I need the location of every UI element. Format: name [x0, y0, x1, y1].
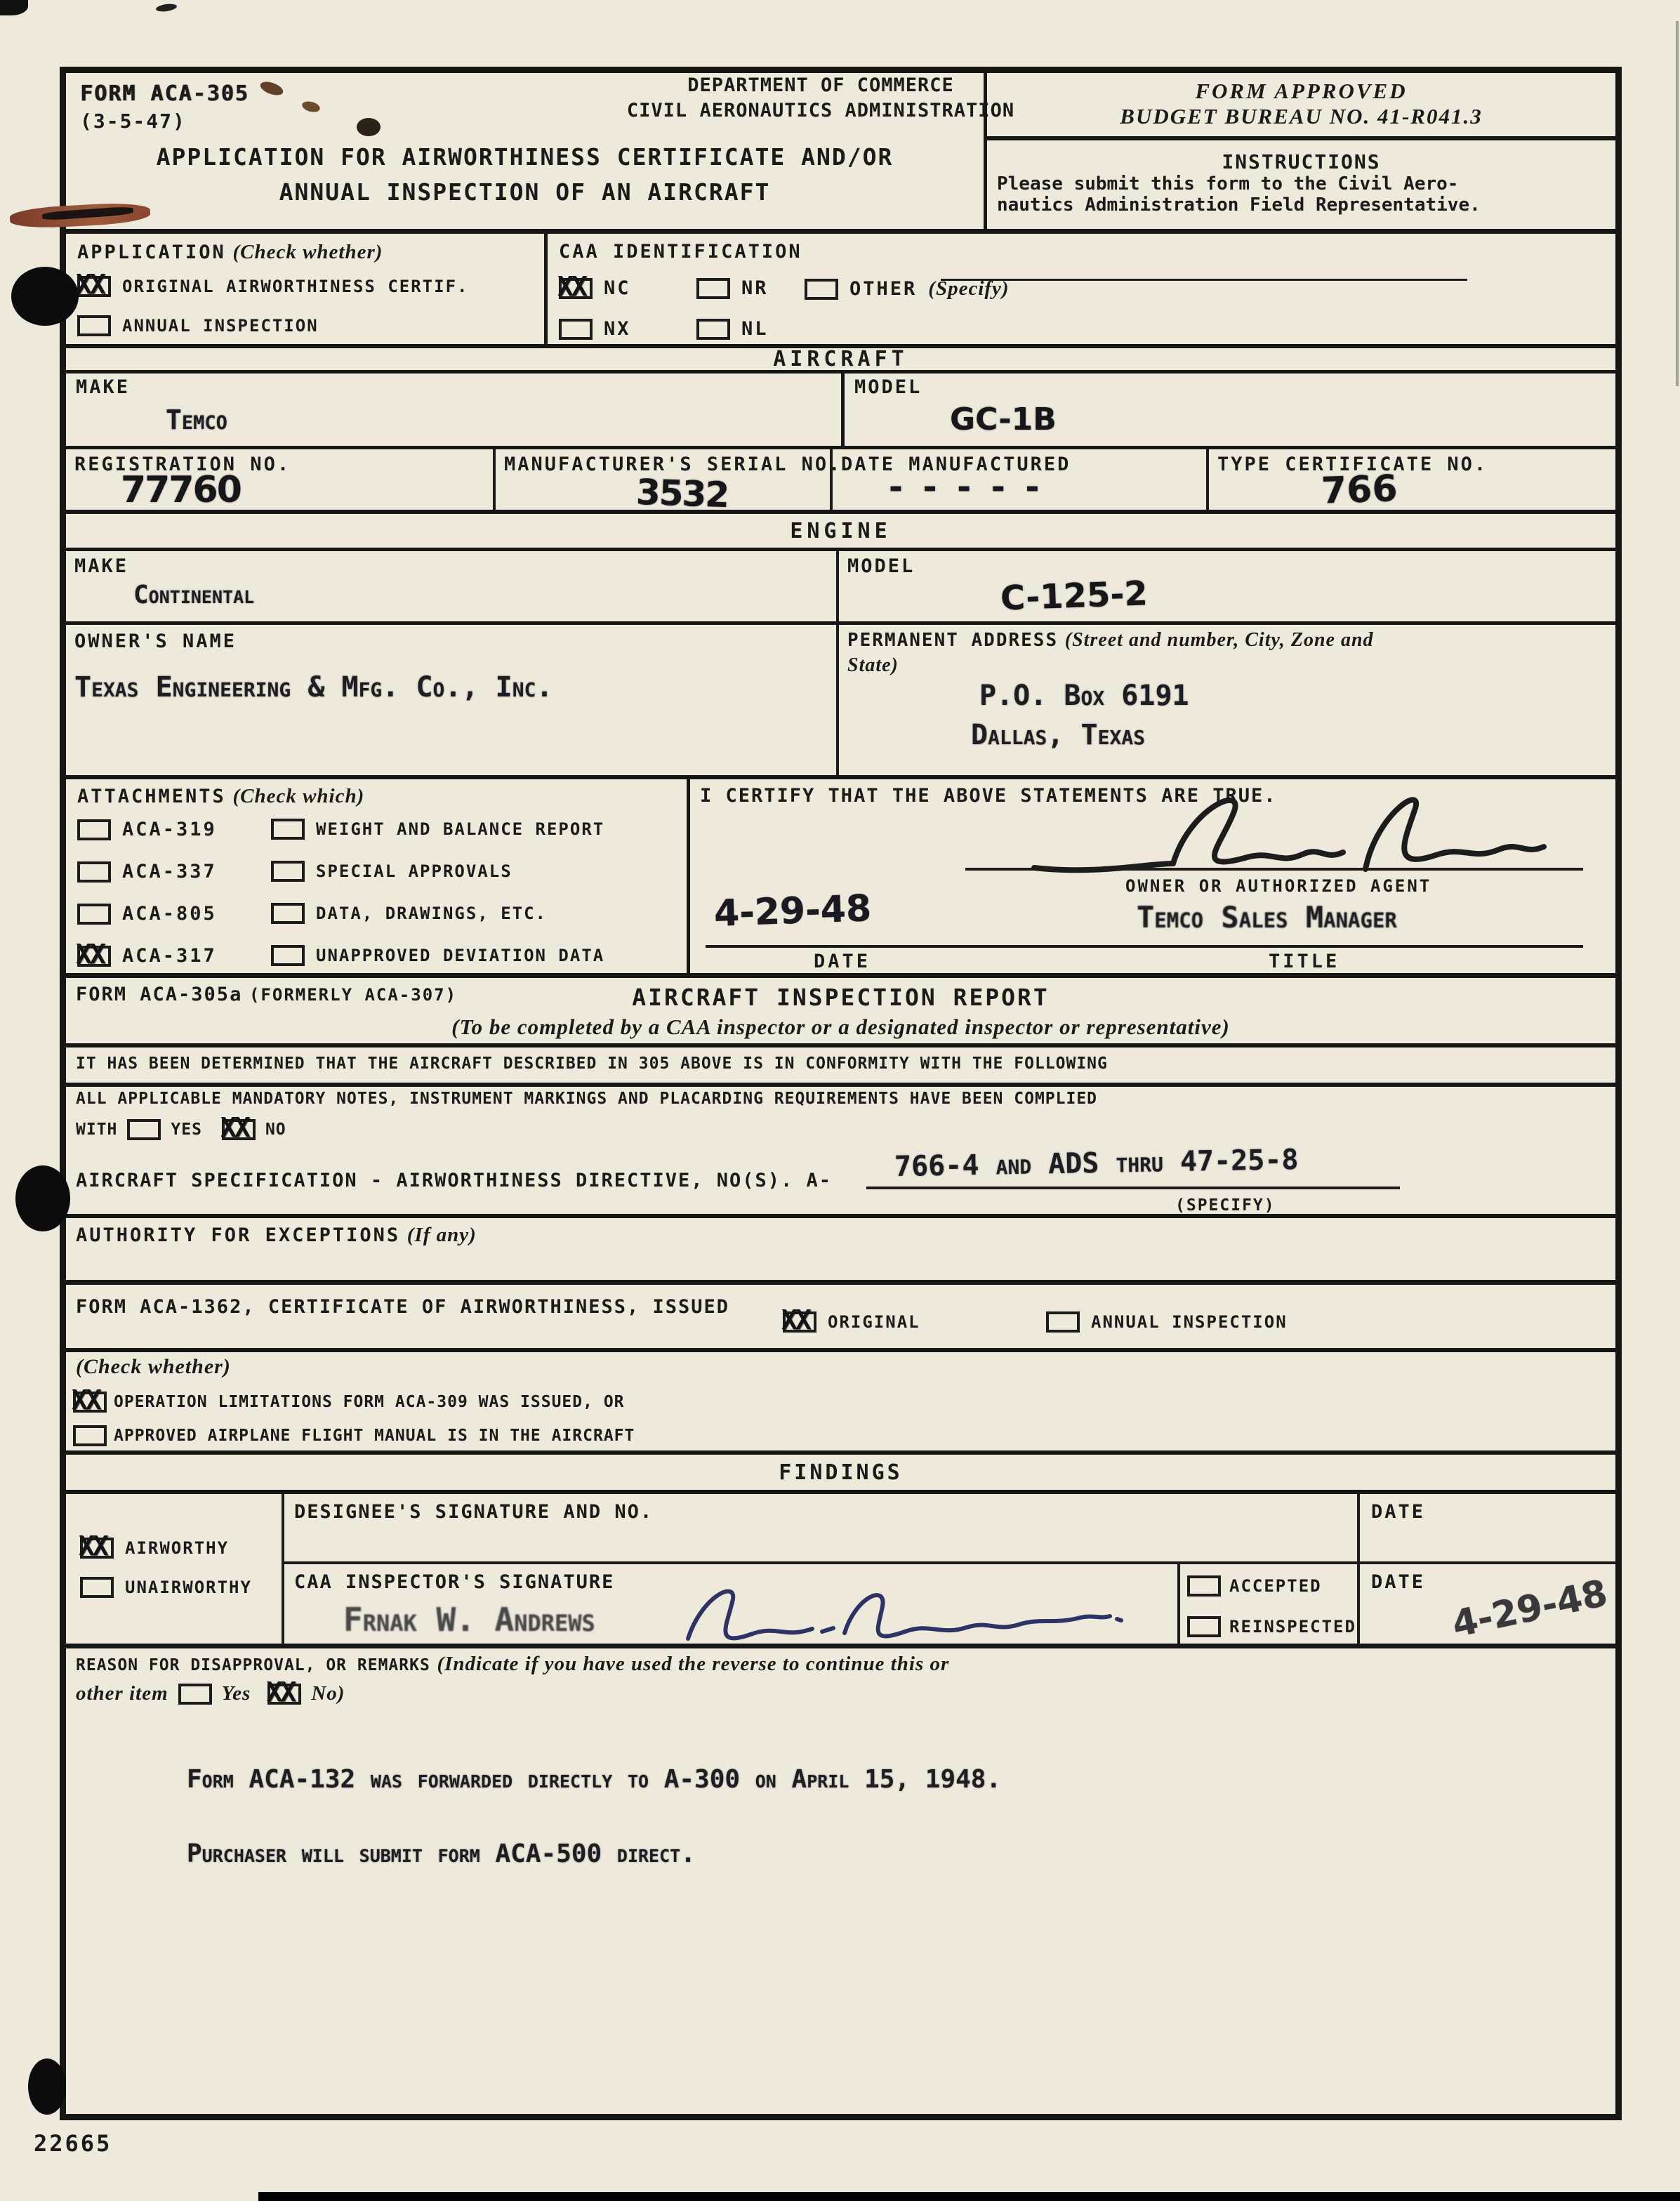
checkbox	[271, 861, 305, 882]
checkbox	[80, 1577, 114, 1598]
inspector-typed-name: Frnak W. Andrews	[343, 1601, 595, 1639]
owner-agent-caption: OWNER OR AUTHORIZED AGENT	[1125, 876, 1431, 896]
owner-signature	[1013, 786, 1575, 874]
checkbox: XX	[80, 1538, 114, 1559]
application-note: (Check whether)	[232, 241, 383, 263]
attachment-unapproved-deviation: UNAPPROVED DEVIATION DATA	[271, 945, 604, 966]
instructions-text-2: nautics Administration Field Representat…	[987, 194, 1615, 216]
checkbox	[1187, 1575, 1221, 1597]
remarks-body-line1: Form ACA-132 was forwarded directly to A…	[187, 1765, 1001, 1794]
owner-address-cell: PERMANENT ADDRESS (Street and number, Ci…	[836, 625, 1615, 775]
option-original-airworthiness: XX ORIGINAL AIRWORTHINESS CERTIF.	[77, 276, 468, 297]
engine-section-title: ENGINE	[66, 514, 1615, 551]
x-mark: XX	[781, 1304, 809, 1335]
scanned-form-page: FORM ACA-305 (3-5-47) DEPARTMENT OF COMM…	[0, 0, 1680, 2201]
hole-punch	[28, 2058, 66, 2115]
aca-1362-annual-inspection: ANNUAL INSPECTION	[1046, 1311, 1288, 1333]
attachment-weight-balance: WEIGHT AND BALANCE REPORT	[271, 819, 604, 840]
inspector-signature-cell: CAA INSPECTOR'S SIGNATURE Frnak W. Andre…	[284, 1564, 1177, 1644]
aircraft-section-title: AIRCRAFT	[66, 348, 1615, 374]
checkbox: XX	[222, 1119, 256, 1140]
aca-1362-original: XX ORIGINAL	[783, 1311, 920, 1333]
inspection-report-subtitle: (To be completed by a CAA inspector or a…	[66, 1014, 1615, 1040]
type-certificate-value: 766	[1321, 468, 1398, 513]
aircraft-make-value: Temco	[166, 404, 227, 435]
aircraft-model-cell: MODEL GC-1B	[841, 374, 1615, 446]
reinspected-option: REINSPECTED	[1187, 1616, 1356, 1637]
form-number: FORM ACA-305	[80, 81, 249, 106]
checkbox	[77, 315, 111, 336]
certify-date-label: DATE	[814, 951, 871, 972]
authority-exceptions-line: AUTHORITY FOR EXCEPTIONS (If any)	[76, 1224, 477, 1247]
page-title-line2: ANNUAL INSPECTION OF AN AIRCRAFT	[66, 178, 984, 206]
checkbox	[127, 1119, 161, 1140]
address-note: (Street and number, City, Zone and	[1065, 629, 1374, 651]
caa-identification-section: CAA IDENTIFICATION XX NC NR OTHER (Speci…	[548, 234, 1615, 344]
aircraft-make-cell: MAKE Temco	[66, 374, 841, 446]
corner-mark	[155, 3, 177, 13]
x-mark: XX	[76, 269, 104, 300]
corner-mark	[0, 0, 28, 15]
checkbox	[77, 861, 111, 883]
inspection-report-title: AIRCRAFT INSPECTION REPORT	[66, 984, 1615, 1011]
spec-directive-blank	[866, 1187, 1400, 1189]
signer-title-label: TITLE	[1269, 951, 1340, 972]
aircraft-make-label: MAKE	[76, 376, 130, 398]
form-approved-box: FORM APPROVED BUDGET BUREAU NO. 41-R041.…	[987, 73, 1615, 140]
address-label-line: PERMANENT ADDRESS (Street and number, Ci…	[847, 629, 1374, 652]
unairworthy-option: UNAIRWORTHY	[80, 1577, 252, 1598]
checkbox	[559, 319, 593, 340]
serial-value: 3532	[635, 472, 729, 516]
caa-identification-label: CAA IDENTIFICATION	[559, 241, 802, 263]
designee-date-label: DATE	[1371, 1501, 1425, 1523]
signer-title-line	[965, 945, 1583, 948]
determination-statement: IT HAS BEEN DETERMINED THAT THE AIRCRAFT…	[76, 1055, 1108, 1073]
attachment-data-drawings: DATA, DRAWINGS, ETC.	[271, 903, 547, 924]
spec-directive-value: 766-4 and ADS thru 47-25-8	[894, 1144, 1299, 1183]
engine-model-cell: MODEL C-125-2	[836, 551, 1615, 621]
compliance-yes-no: WITH YES XX NO	[76, 1119, 286, 1140]
remarks-body-line2: Purchaser will submit form ACA-500 direc…	[187, 1839, 696, 1868]
checkbox	[696, 319, 730, 340]
remarks-section: REASON FOR DISAPPROVAL, OR REMARKS (Indi…	[66, 1648, 1615, 2114]
checkbox: XX	[73, 1392, 107, 1413]
instructions-text-1: Please submit this form to the Civil Aer…	[987, 173, 1615, 194]
compliance-statement-line1: ALL APPLICABLE MANDATORY NOTES, INSTRUME…	[76, 1090, 1097, 1108]
x-mark: XX	[79, 1531, 107, 1561]
checkbox	[271, 903, 305, 924]
checkbox	[696, 278, 730, 299]
aca-1362-label: FORM ACA-1362, CERTIFICATE OF AIRWORTHIN…	[76, 1296, 729, 1318]
checkbox	[271, 945, 305, 966]
x-mark: XX	[220, 1112, 249, 1143]
checkbox	[805, 279, 838, 300]
ink-smudge	[357, 118, 381, 136]
application-section: APPLICATION (Check whether) XX ORIGINAL …	[66, 234, 548, 344]
x-mark: XX	[557, 271, 586, 302]
checkbox: XX	[783, 1311, 816, 1333]
designee-signature-cell: DESIGNEE'S SIGNATURE AND NO.	[284, 1494, 1357, 1561]
engine-model-label: MODEL	[847, 555, 915, 577]
operation-limitations-option: XX OPERATION LIMITATIONS FORM ACA-309 WA…	[73, 1392, 625, 1413]
type-certificate-cell: TYPE CERTIFICATE NO. 766	[1209, 449, 1615, 510]
spec-directive-label: AIRCRAFT SPECIFICATION - AIRWORTHINESS D…	[76, 1170, 832, 1191]
hole-punch	[15, 1165, 70, 1231]
attachment-aca-317: XXACA-317	[77, 945, 217, 967]
inspector-signature-label: CAA INSPECTOR'S SIGNATURE	[294, 1571, 614, 1593]
remarks-yes-no: other item Yes XX No)	[76, 1682, 345, 1705]
attachment-aca-319: ACA-319	[77, 819, 217, 840]
checkbox	[73, 1425, 107, 1446]
checkbox	[1046, 1311, 1080, 1333]
engine-make-cell: MAKE Continental	[66, 551, 836, 621]
serial-label: MANUFACTURER'S SERIAL NO.	[504, 454, 842, 475]
scan-edge-shadow	[1676, 21, 1679, 386]
attachment-aca-337: ACA-337	[77, 861, 217, 883]
checkbox	[178, 1684, 212, 1705]
stamp-number: 22665	[34, 2130, 112, 2157]
form-revision-date: (3-5-47)	[80, 110, 186, 133]
findings-status-cell: XX AIRWORTHY UNAIRWORTHY	[66, 1494, 284, 1644]
checkbox: XX	[77, 276, 111, 297]
aircraft-model-value: GC-1B	[950, 402, 1057, 437]
form-approved-line: FORM APPROVED	[987, 73, 1615, 104]
serial-cell: MANUFACTURER'S SERIAL NO. 3532	[496, 449, 833, 510]
certification-section: I CERTIFY THAT THE ABOVE STATEMENTS ARE …	[690, 779, 1615, 973]
option-nr: NR	[696, 277, 769, 299]
x-mark: XX	[266, 1677, 294, 1707]
checkbox	[1187, 1616, 1221, 1637]
engine-model-value: C-125-2	[1000, 574, 1149, 618]
accepted-option: ACCEPTED	[1187, 1575, 1322, 1597]
authority-note: (If any)	[407, 1224, 477, 1246]
attachment-special-approvals: SPECIAL APPROVALS	[271, 861, 512, 882]
certify-date-value: 4-29-48	[713, 887, 872, 935]
address-note-line2: State)	[847, 654, 899, 677]
option-nx: NX	[559, 318, 631, 340]
registration-cell: REGISTRATION NO. 77760	[66, 449, 496, 510]
owner-signature-line	[965, 868, 1583, 871]
checkbox	[77, 819, 111, 840]
option-nc: XX NC	[559, 277, 631, 299]
result-options-cell: ACCEPTED REINSPECTED	[1177, 1564, 1357, 1644]
instructions-box: INSTRUCTIONS Please submit this form to …	[987, 140, 1615, 230]
findings-signatures-area: DESIGNEE'S SIGNATURE AND NO. DATE CAA IN…	[284, 1494, 1615, 1644]
attachments-label-line: ATTACHMENTS (Check which)	[77, 785, 364, 808]
owner-name-cell: OWNER'S NAME Texas Engineering & Mfg. Co…	[66, 625, 836, 775]
owner-name-label: OWNER'S NAME	[74, 630, 237, 652]
engine-make-label: MAKE	[74, 555, 128, 577]
date-manufactured-value: - - - - -	[889, 468, 1043, 507]
checkbox	[271, 819, 305, 840]
checkbox: XX	[267, 1684, 301, 1705]
checkbox	[77, 904, 111, 925]
other-specify-blank	[941, 279, 1467, 281]
address-value-line2: Dallas, Texas	[971, 719, 1145, 751]
header-right: FORM APPROVED BUDGET BUREAU NO. 41-R041.…	[984, 73, 1615, 229]
option-nl: NL	[696, 318, 769, 340]
spec-specify-note: (SPECIFY)	[1175, 1196, 1276, 1215]
remarks-note-line2: other item	[76, 1682, 168, 1705]
check-whether-note: (Check whether)	[76, 1355, 231, 1379]
owner-name-value: Texas Engineering & Mfg. Co., Inc.	[74, 671, 553, 703]
x-mark: XX	[72, 1384, 100, 1415]
budget-bureau-line: BUDGET BUREAU NO. 41-R041.3	[987, 104, 1615, 129]
attachments-note: (Check which)	[232, 785, 364, 807]
signer-title-value: Temco Sales Manager	[1137, 900, 1397, 934]
findings-section-title: FINDINGS	[66, 1455, 1615, 1494]
attachment-aca-805: ACA-805	[77, 903, 217, 925]
inspector-signature	[677, 1570, 1127, 1661]
engine-make-value: Continental	[133, 581, 254, 609]
option-annual-inspection: ANNUAL INSPECTION	[77, 315, 319, 336]
bottom-scan-bar	[258, 2192, 1680, 2201]
date-manufactured-cell: DATE MANUFACTURED - - - - -	[833, 449, 1209, 510]
inspector-date-cell: DATE 4-29-48	[1357, 1564, 1615, 1644]
inspector-date-label: DATE	[1371, 1571, 1425, 1593]
checkbox: XX	[77, 946, 111, 967]
aircraft-model-label: MODEL	[854, 376, 922, 398]
form-border: FORM ACA-305 (3-5-47) DEPARTMENT OF COMM…	[60, 67, 1622, 2120]
instructions-title: INSTRUCTIONS	[987, 140, 1615, 173]
flight-manual-option: APPROVED AIRPLANE FLIGHT MANUAL IS IN TH…	[73, 1425, 635, 1446]
airworthy-option: XX AIRWORTHY	[80, 1538, 229, 1559]
designee-date-cell: DATE	[1357, 1494, 1615, 1561]
x-mark: XX	[76, 939, 104, 970]
attachments-section: ATTACHMENTS (Check which) ACA-319 ACA-33…	[66, 779, 690, 973]
application-label: APPLICATION (Check whether)	[77, 241, 383, 264]
page-title: APPLICATION FOR AIRWORTHINESS CERTIFICAT…	[66, 143, 984, 171]
designee-signature-label: DESIGNEE'S SIGNATURE AND NO.	[294, 1501, 653, 1523]
hole-punch	[11, 267, 79, 326]
registration-value: 77760	[121, 469, 241, 511]
inspector-date-value: 4-29-48	[1448, 1572, 1611, 1646]
certify-date-line	[706, 945, 986, 948]
checkbox: XX	[559, 278, 593, 299]
header-left: FORM ACA-305 (3-5-47) DEPARTMENT OF COMM…	[66, 73, 984, 229]
address-value-line1: P.O. Box 6191	[979, 680, 1189, 712]
